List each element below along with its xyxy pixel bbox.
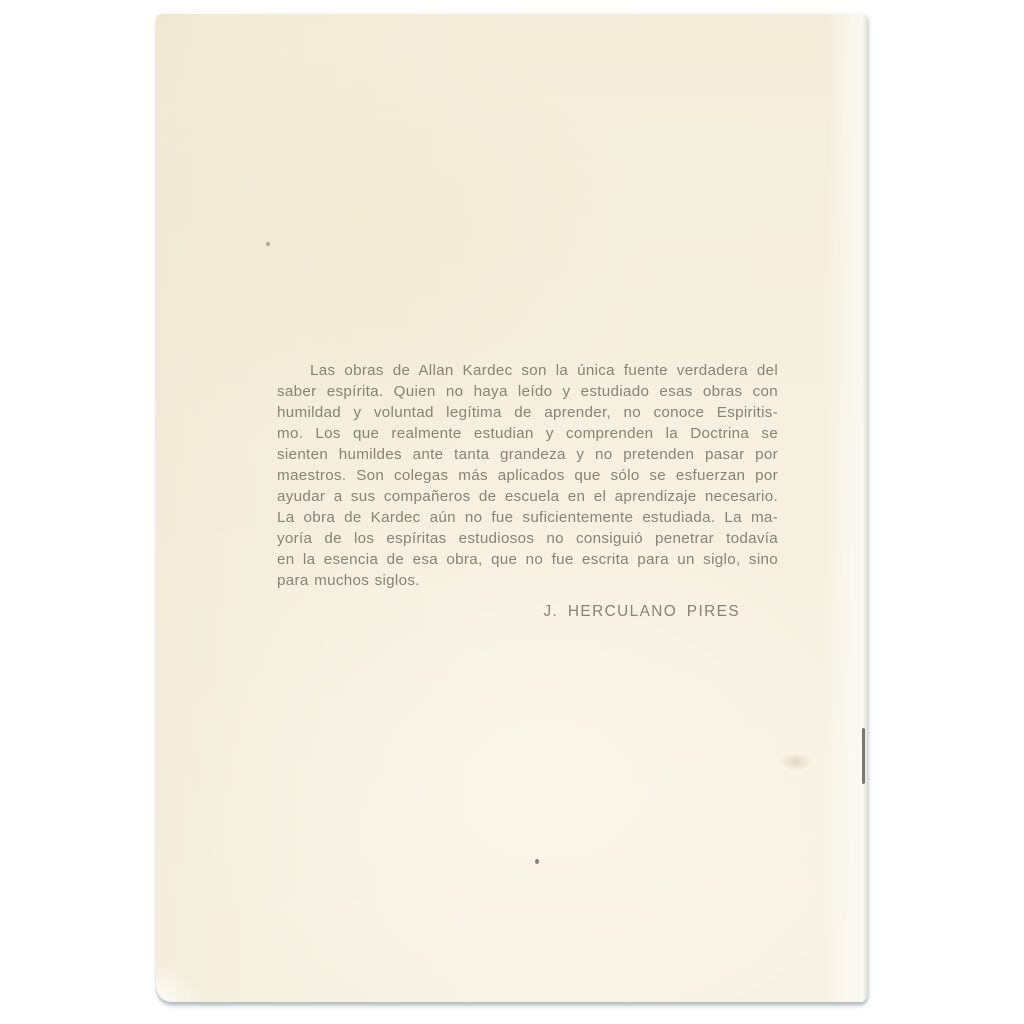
quote-line: maestros. Son colegas más aplicados que …	[277, 465, 778, 486]
paper-speck	[535, 859, 539, 864]
quote-line: humildad y voluntad legítima de aprender…	[277, 402, 778, 423]
paper-smudge	[781, 754, 811, 770]
photo-background: Las obras de Allan Kardec son la única f…	[0, 0, 1024, 1024]
quote-line: para muchos siglos.	[277, 570, 778, 591]
paper-speck	[266, 242, 270, 246]
quote-line: yoría de los espíritas estudiosos no con…	[277, 528, 778, 549]
quote-line: saber espírita. Quien no haya leído y es…	[277, 381, 778, 402]
quote-line: sienten humildes ante tanta grandeza y n…	[277, 444, 778, 465]
quote-line: Las obras de Allan Kardec son la única f…	[277, 360, 778, 381]
back-cover-quote: Las obras de Allan Kardec son la única f…	[277, 360, 778, 622]
worn-corner	[156, 962, 202, 1002]
quote-line: mo. Los que realmente estudian y compren…	[277, 423, 778, 444]
quote-line: en la esencia de esa obra, que no fue es…	[277, 549, 778, 570]
quote-line: La obra de Kardec aún no fue suficientem…	[277, 507, 778, 528]
edge-scuff-mark	[862, 728, 865, 784]
page-edge-highlight	[826, 14, 868, 1002]
quote-line: ayudar a sus compañeros de escuela en el…	[277, 486, 778, 507]
quote-attribution: J. HERCULANO PIRES	[277, 601, 778, 622]
book-back-cover: Las obras de Allan Kardec son la única f…	[156, 14, 868, 1002]
